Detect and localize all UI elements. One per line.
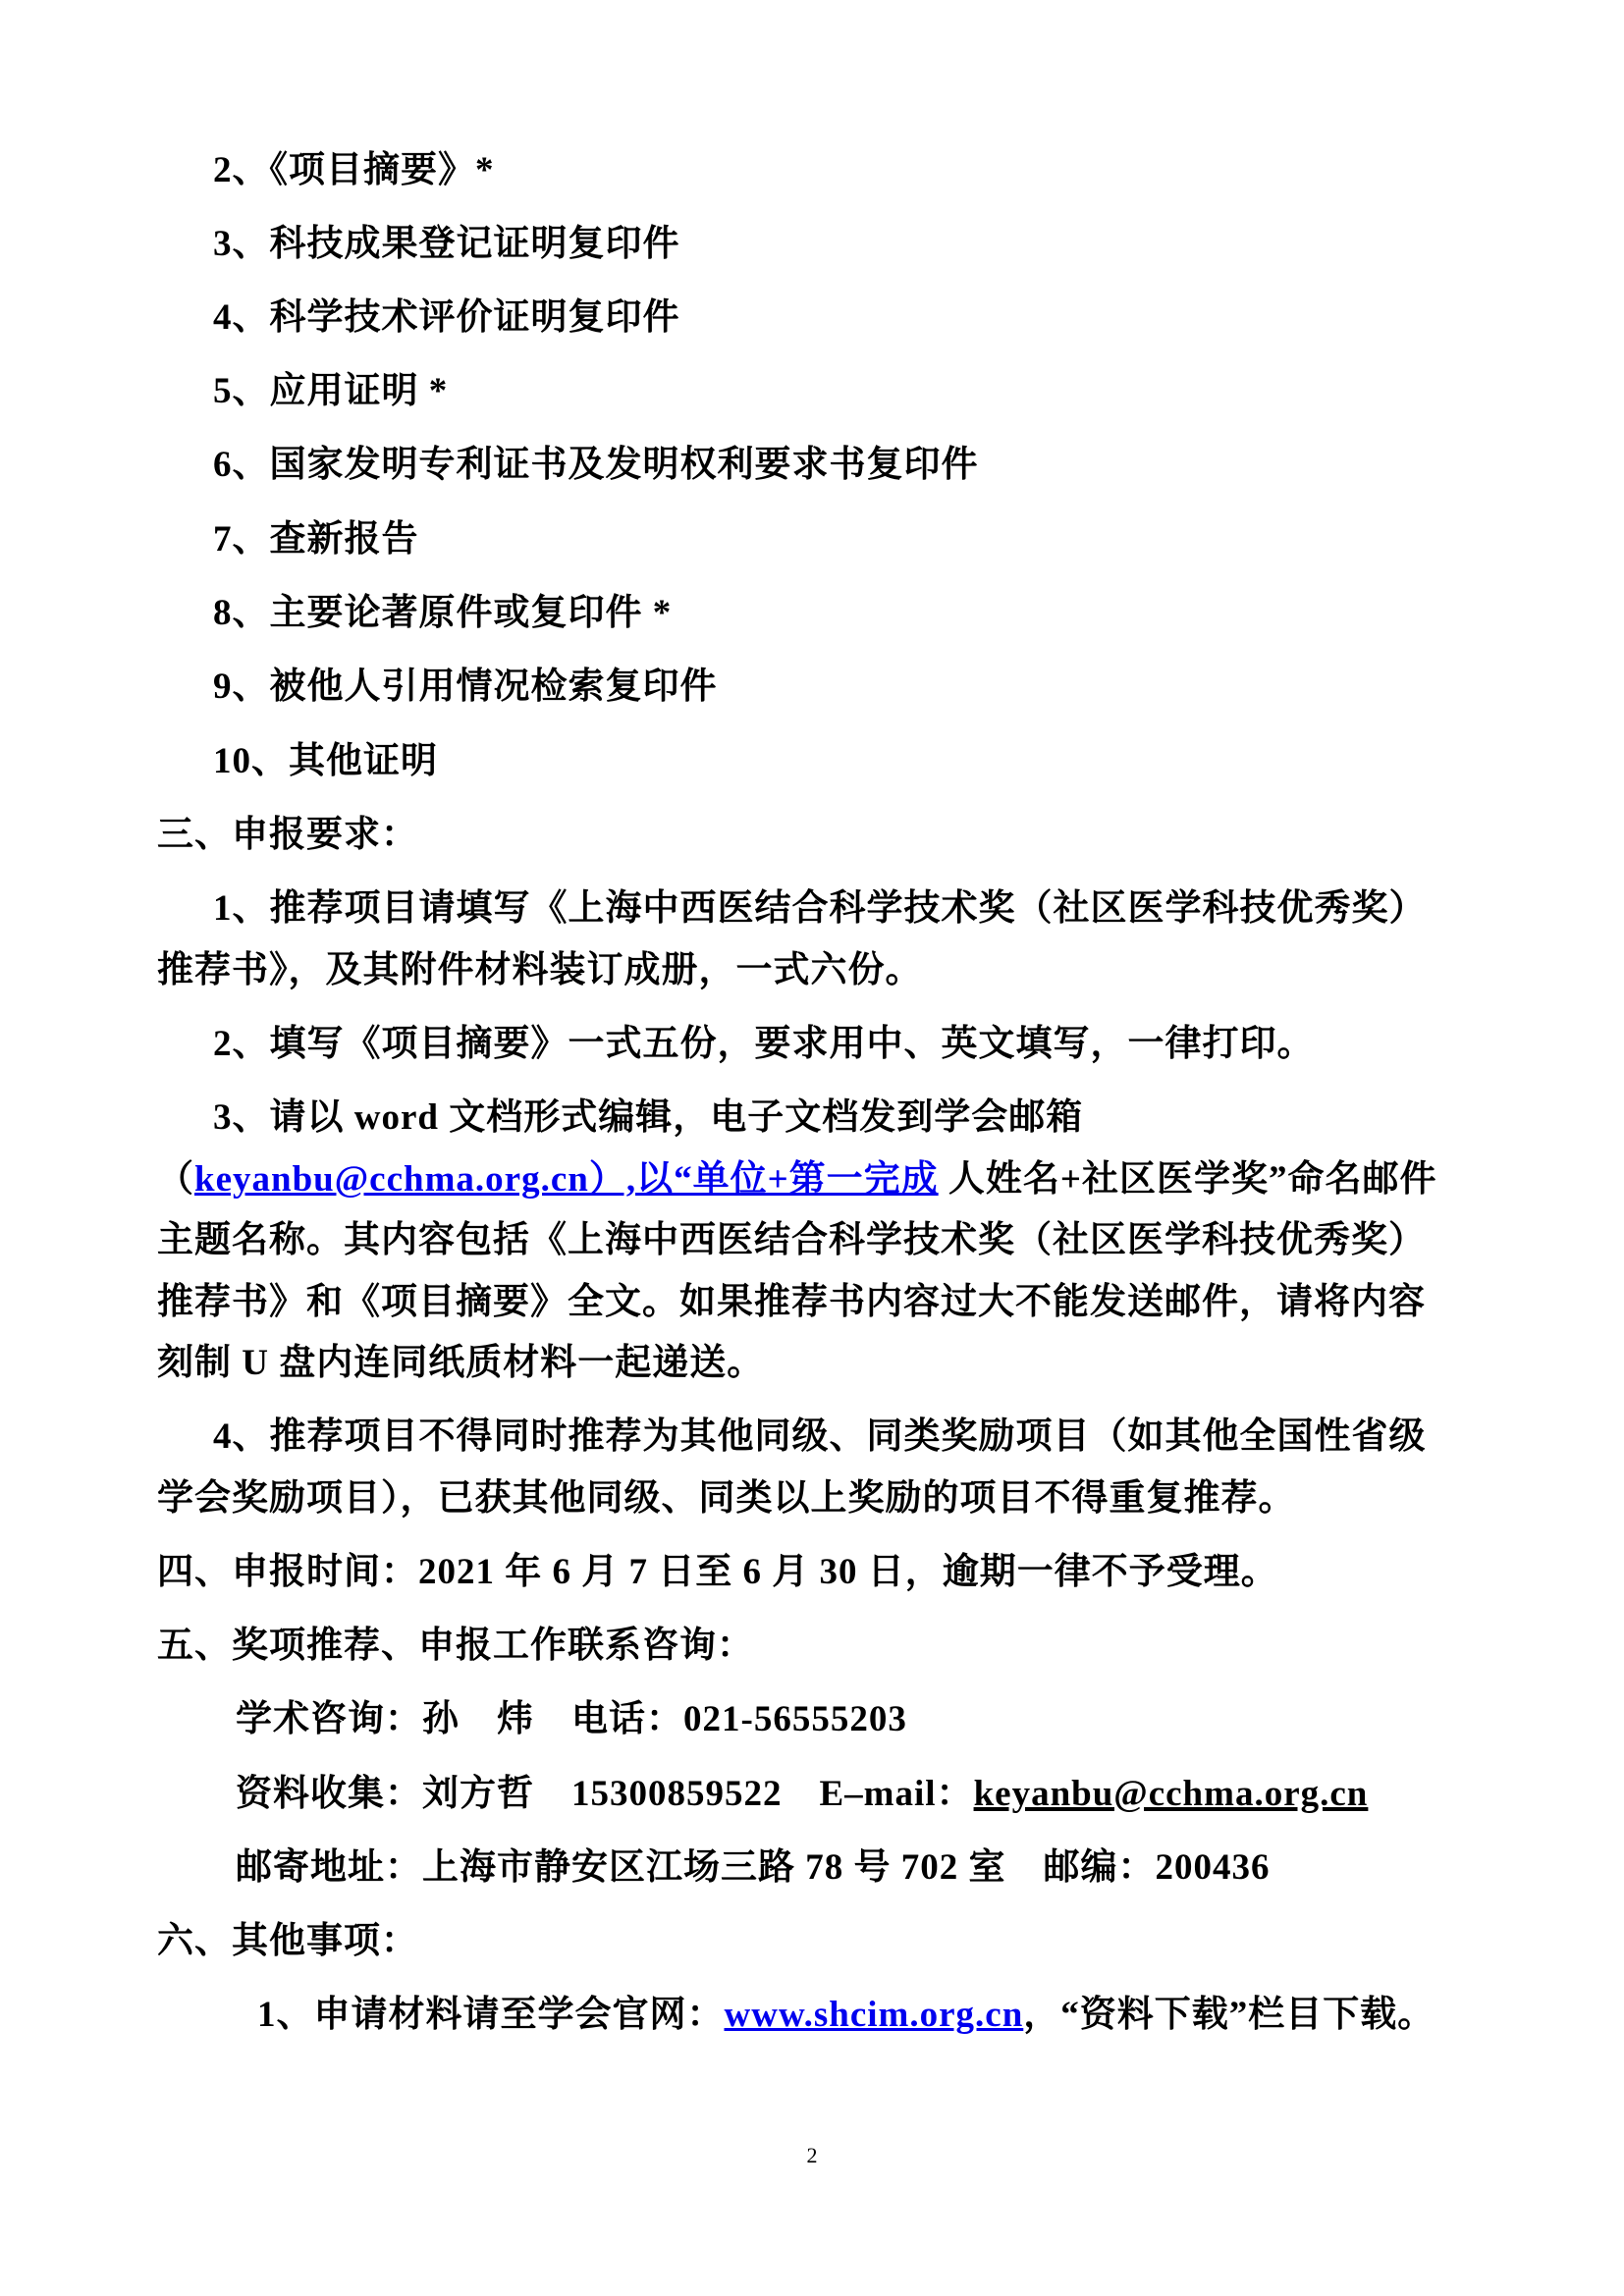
requirement-1-line-2: 推荐书》，及其附件材料装订成册，一式六份。 (157, 949, 923, 992)
section-heading-requirements: 三、申报要求： (157, 814, 418, 857)
attachment-item: 4、科学技术评价证明复印件 (213, 296, 680, 340)
attachment-item: 9、被他人引用情况检索复印件 (213, 666, 718, 709)
requirement-3-line-2: （keyanbu@cchma.org.cn）,以“单位+第一完成 人姓名+社区医… (157, 1158, 1437, 1201)
attachment-item: 6、国家发明专利证书及发明权利要求书复印件 (213, 444, 979, 487)
academic-consultation: 学术咨询：孙 炜 电话：021-56555203 (236, 1698, 907, 1741)
requirement-4-line-2: 学会奖励项目），已获其他同级、同类以上奖励的项目不得重复推荐。 (157, 1477, 1296, 1521)
requirement-1-line-1: 1、推荐项目请填写《上海中西医结合科学技术奖（社区医学科技优秀奖） (213, 887, 1427, 931)
attachment-item: 2、《项目摘要》* (213, 149, 495, 192)
attachment-item: 5、应用证明 * (213, 370, 448, 413)
requirement-3-line-5: 刻制 U 盘内连同纸质材料一起递送。 (157, 1342, 764, 1385)
open-paren: （ (157, 1159, 194, 1200)
email-naming-text: 人姓名+社区医学奖”命名邮件 (939, 1159, 1437, 1200)
section-application-time: 四、申报时间：2021 年 6 月 7 日至 6 月 30 日，逾期一律不予受理… (157, 1551, 1278, 1594)
requirement-3-line-1: 3、请以 word 文档形式编辑，电子文档发到学会邮箱 (213, 1096, 1083, 1140)
attachment-item: 7、查新报告 (213, 518, 419, 561)
other-item-1-suffix: ，“资料下载”栏目下载。 (1023, 1995, 1435, 2035)
requirement-3-line-4: 推荐书》和《项目摘要》全文。如果推荐书内容过大不能发送邮件，请将内容 (157, 1281, 1426, 1324)
material-collection: 资料收集：刘方哲 15300859522 E–mail：keyanbu@cchm… (236, 1773, 1368, 1816)
mailing-address: 邮寄地址：上海市静安区江场三路 78 号 702 室 邮编：200436 (236, 1846, 1271, 1890)
page-number: 2 (0, 2143, 1624, 2168)
requirement-3-line-3: 主题名称。其内容包括《上海中西医结合科学技术奖（社区医学科技优秀奖） (157, 1219, 1426, 1262)
requirement-2: 2、填写《项目摘要》一式五份，要求用中、英文填写，一律打印。 (213, 1023, 1315, 1066)
document-page: 2、《项目摘要》* 3、科技成果登记证明复印件 4、科学技术评价证明复印件 5、… (0, 0, 1624, 2296)
section-heading-other: 六、其他事项： (157, 1920, 418, 1963)
requirement-4-line-1: 4、推荐项目不得同时推荐为其他同级、同类奖励项目（如其他全国性省级 (213, 1415, 1427, 1459)
section-heading-contact: 五、奖项推荐、申报工作联系咨询： (157, 1625, 754, 1668)
attachment-item: 10、其他证明 (213, 740, 438, 783)
attachment-item: 3、科技成果登记证明复印件 (213, 223, 680, 266)
email-link[interactable]: keyanbu@cchma.org.cn）,以“单位+第一完成 (194, 1159, 939, 1200)
website-link[interactable]: www.shcim.org.cn (725, 1995, 1024, 2035)
attachment-item: 8、主要论著原件或复印件 * (213, 592, 672, 635)
material-collection-label: 资料收集：刘方哲 15300859522 E–mail： (236, 1774, 974, 1814)
other-item-1: 1、申请材料请至学会官网：www.shcim.org.cn，“资料下载”栏目下载… (257, 1994, 1435, 2037)
contact-email-link[interactable]: keyanbu@cchma.org.cn (974, 1774, 1369, 1814)
other-item-1-prefix: 1、申请材料请至学会官网： (257, 1995, 725, 2035)
